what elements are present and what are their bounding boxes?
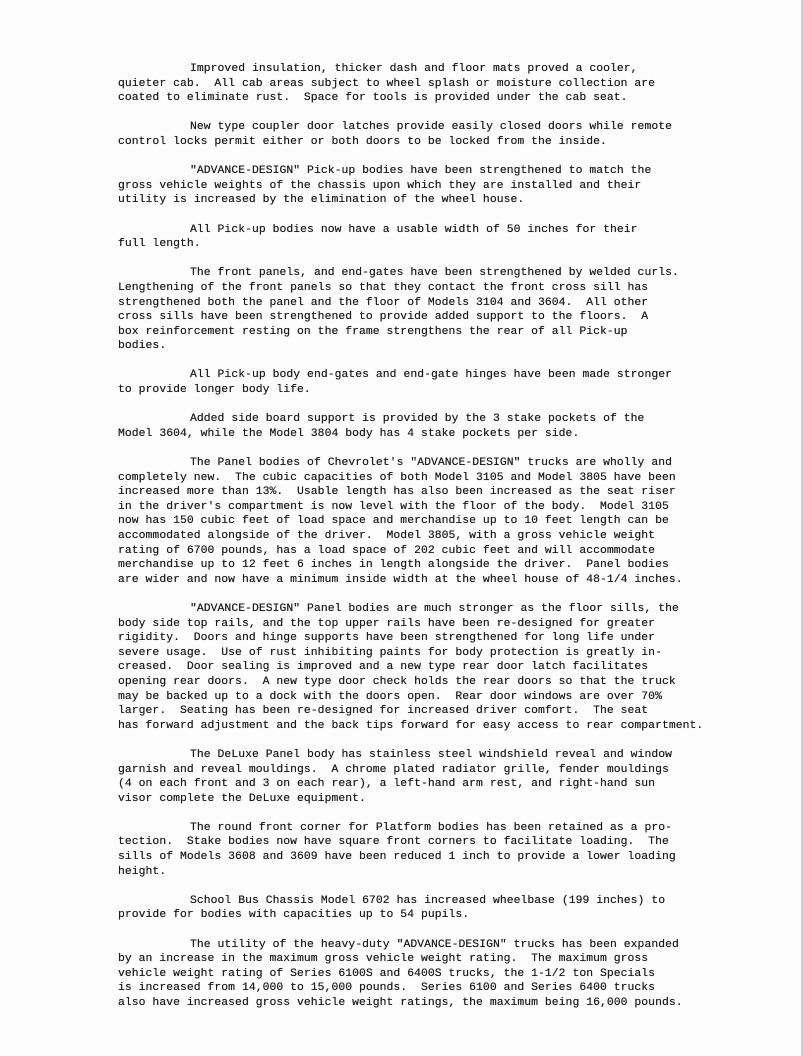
paragraph-line: height. [118,865,758,880]
paragraph-line: Lengthening of the front panels so that … [118,281,758,296]
paragraph-line: coated to eliminate rust. Space for tool… [118,91,758,106]
paragraph: "ADVANCE-DESIGN" Pick-up bodies have bee… [118,164,758,208]
paragraph-first-line: The utility of the heavy-duty "ADVANCE-D… [118,938,758,953]
paragraph-line: increased more than 13%. Usable length h… [118,485,758,500]
paragraph: Improved insulation, thicker dash and fl… [118,62,758,106]
paragraph-line: control locks permit either or both door… [118,135,758,150]
paragraph-line: cross sills have been strengthened to pr… [118,310,758,325]
paragraph: The front panels, and end-gates have bee… [118,266,758,354]
paragraph: New type coupler door latches provide ea… [118,120,758,149]
paragraph-first-line: Improved insulation, thicker dash and fl… [118,62,758,77]
paragraph-line: rating of 6700 pounds, has a load space … [118,544,758,559]
paragraph-first-line: School Bus Chassis Model 6702 has increa… [118,894,758,909]
paragraph-line: Model 3604, while the Model 3804 body ha… [118,427,758,442]
paragraph-first-line: All Pick-up body end-gates and end-gate … [118,368,758,383]
paragraph-line: accommodated alongside of the driver. Mo… [118,529,758,544]
document-body: Improved insulation, thicker dash and fl… [118,62,758,1025]
paragraph-line: bodies. [118,339,758,354]
paragraph-first-line: The round front corner for Platform bodi… [118,821,758,836]
paragraph-line: now has 150 cubic feet of load space and… [118,514,758,529]
paragraph-line: visor complete the DeLuxe equipment. [118,792,758,807]
paragraph-line: strengthened both the panel and the floo… [118,296,758,311]
paragraph-line: creased. Door sealing is improved and a … [118,660,758,675]
paragraph: The round front corner for Platform bodi… [118,821,758,879]
paragraph-first-line: "ADVANCE-DESIGN" Pick-up bodies have bee… [118,164,758,179]
paragraph-first-line: New type coupler door latches provide ea… [118,120,758,135]
paragraph-line: vehicle weight rating of Series 6100S an… [118,967,758,982]
paragraph-line: by an increase in the maximum gross vehi… [118,952,758,967]
paragraph-line: larger. Seating has been re-designed for… [118,704,758,719]
paragraph-line: tection. Stake bodies now have square fr… [118,835,758,850]
paragraph-line: body side top rails, and the top upper r… [118,617,758,632]
paragraph-line: full length. [118,237,758,252]
paragraph: School Bus Chassis Model 6702 has increa… [118,894,758,923]
paragraph-line: utility is increased by the elimination … [118,193,758,208]
paragraph: Added side board support is provided by … [118,412,758,441]
paragraph-line: severe usage. Use of rust inhibiting pai… [118,646,758,661]
paragraph-first-line: The front panels, and end-gates have bee… [118,266,758,281]
paragraph-line: are wider and now have a minimum inside … [118,573,758,588]
paragraph: The utility of the heavy-duty "ADVANCE-D… [118,938,758,1011]
paragraph-line: has forward adjustment and the back tips… [118,719,758,734]
paragraph-first-line: "ADVANCE-DESIGN" Panel bodies are much s… [118,602,758,617]
paragraph-line: quieter cab. All cab areas subject to wh… [118,77,758,92]
paragraph: "ADVANCE-DESIGN" Panel bodies are much s… [118,602,758,733]
paragraph-line: in the driver's compartment is now level… [118,500,758,515]
paragraph-line: box reinforcement resting on the frame s… [118,325,758,340]
paragraph-line: (4 on each front and 3 on each rear), a … [118,777,758,792]
paragraph: All Pick-up body end-gates and end-gate … [118,368,758,397]
paragraph-line: rigidity. Doors and hinge supports have … [118,631,758,646]
paragraph-line: also have increased gross vehicle weight… [118,996,758,1011]
paragraph-first-line: All Pick-up bodies now have a usable wid… [118,223,758,238]
paragraph-line: gross vehicle weights of the chassis upo… [118,179,758,194]
scanned-page: Improved insulation, thicker dash and fl… [0,0,804,1056]
paragraph-first-line: The DeLuxe Panel body has stainless stee… [118,748,758,763]
paragraph-line: merchandise up to 12 feet 6 inches in le… [118,558,758,573]
paragraph-line: to provide longer body life. [118,383,758,398]
paragraph-first-line: Added side board support is provided by … [118,412,758,427]
paragraph: All Pick-up bodies now have a usable wid… [118,223,758,252]
paragraph: The Panel bodies of Chevrolet's "ADVANCE… [118,456,758,587]
paragraph-line: is increased from 14,000 to 15,000 pound… [118,981,758,996]
paragraph-line: may be backed up to a dock with the door… [118,690,758,705]
paragraph: The DeLuxe Panel body has stainless stee… [118,748,758,806]
paragraph-line: provide for bodies with capacities up to… [118,908,758,923]
paragraph-line: garnish and reveal mouldings. A chrome p… [118,763,758,778]
paragraph-line: opening rear doors. A new type door chec… [118,675,758,690]
paragraph-first-line: The Panel bodies of Chevrolet's "ADVANCE… [118,456,758,471]
paragraph-line: completely new. The cubic capacities of … [118,471,758,486]
paragraph-line: sills of Models 3608 and 3609 have been … [118,850,758,865]
